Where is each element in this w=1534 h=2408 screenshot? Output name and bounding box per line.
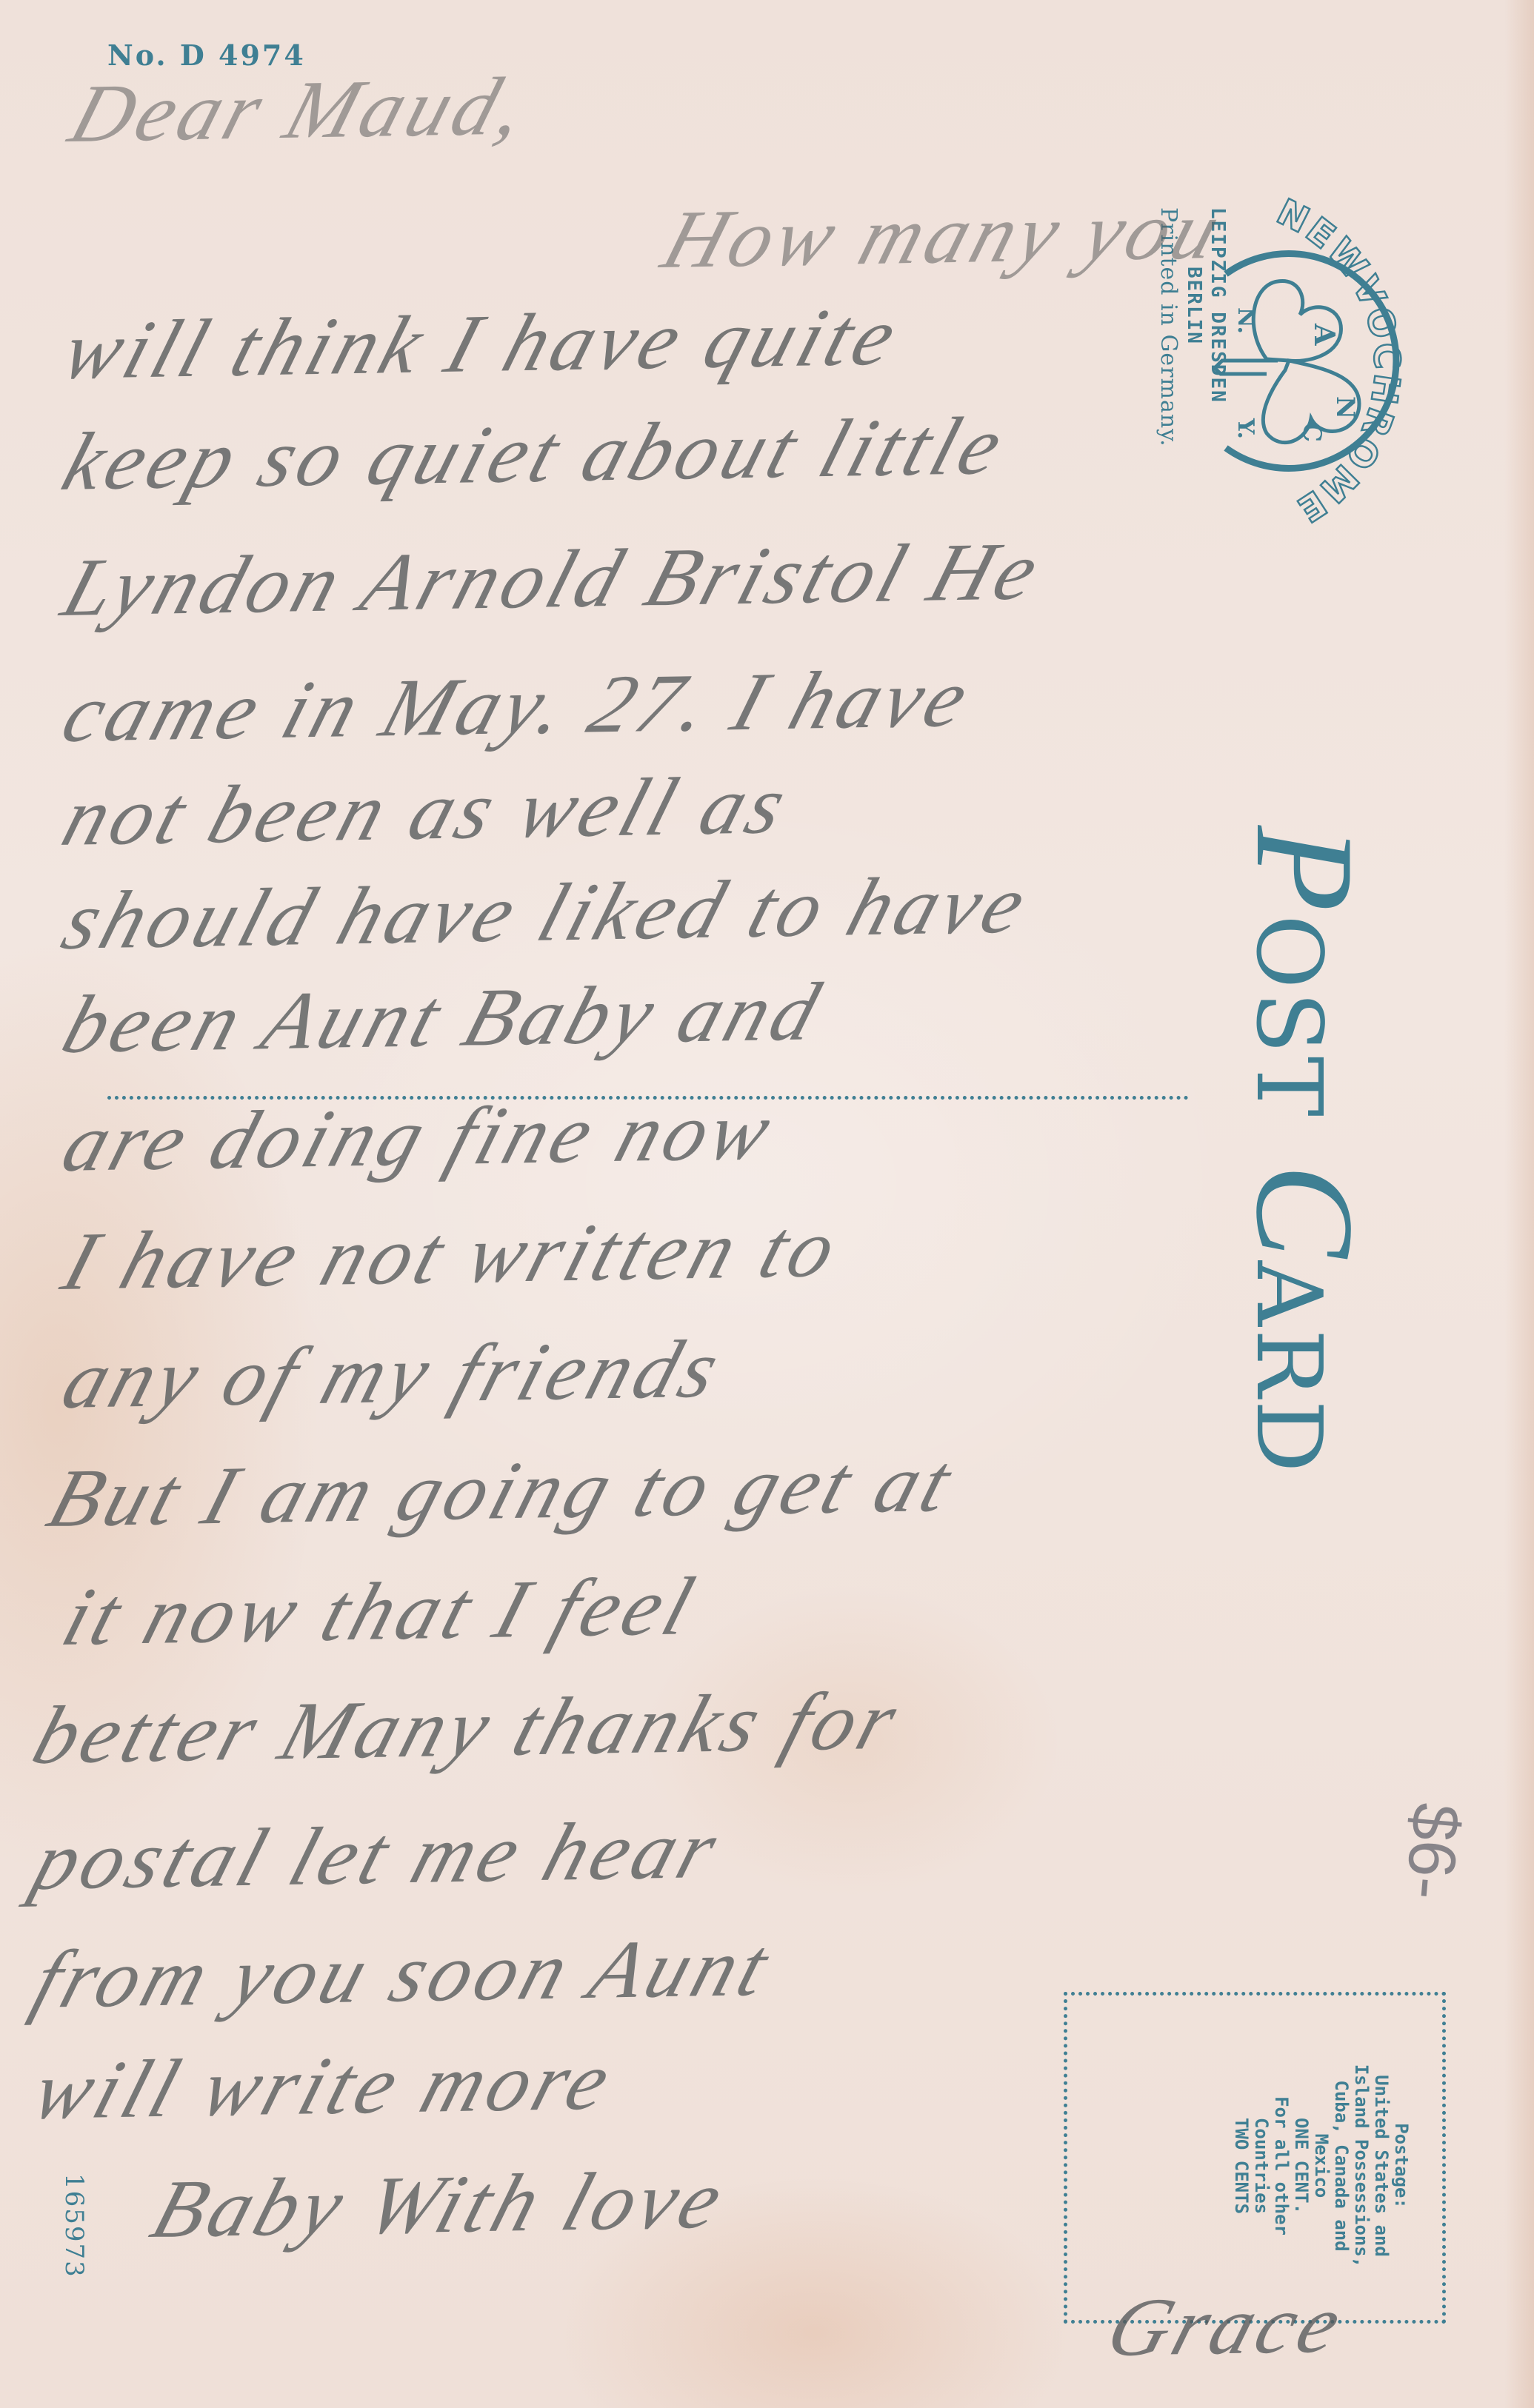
message-line: will write more — [22, 2034, 625, 2139]
message-line: not been as well as — [52, 757, 801, 866]
message-line: How many you — [652, 183, 1235, 288]
message-line: I have not written to — [52, 1201, 852, 1310]
message-line: are doing fine now — [52, 1083, 787, 1191]
handwritten-message: Dear Maud,How many youwill think I have … — [0, 0, 1534, 2408]
message-line: came in May. 27. I have — [52, 651, 983, 762]
message-line: keep so quiet about little — [52, 398, 1018, 510]
message-line: will think I have quite — [52, 290, 911, 399]
message-line: should have liked to have — [52, 857, 1041, 969]
message-line: better Many thanks for — [22, 1673, 912, 1784]
message-line: postal let me hear — [22, 1802, 732, 1910]
message-line: it now that I feel — [52, 1559, 708, 1665]
message-line: from you soon Aunt — [22, 1920, 783, 2028]
message-line: any of my friends — [52, 1322, 734, 1428]
message-line: Grace — [1096, 2277, 1356, 2376]
pencil-price-mark: $6- — [1390, 1800, 1474, 1903]
message-line: But I am going to get at — [37, 1436, 966, 1547]
message-line: Baby With love — [141, 2153, 738, 2258]
postcard-back: No. D 4974 NEWVOCHROME A N C N. Y. LEIPZ… — [0, 0, 1534, 2408]
message-line: been Aunt Baby and — [52, 964, 834, 1073]
message-line: Lyndon Arnold Bristol He — [52, 524, 1053, 636]
message-line: Dear Maud, — [59, 58, 541, 162]
